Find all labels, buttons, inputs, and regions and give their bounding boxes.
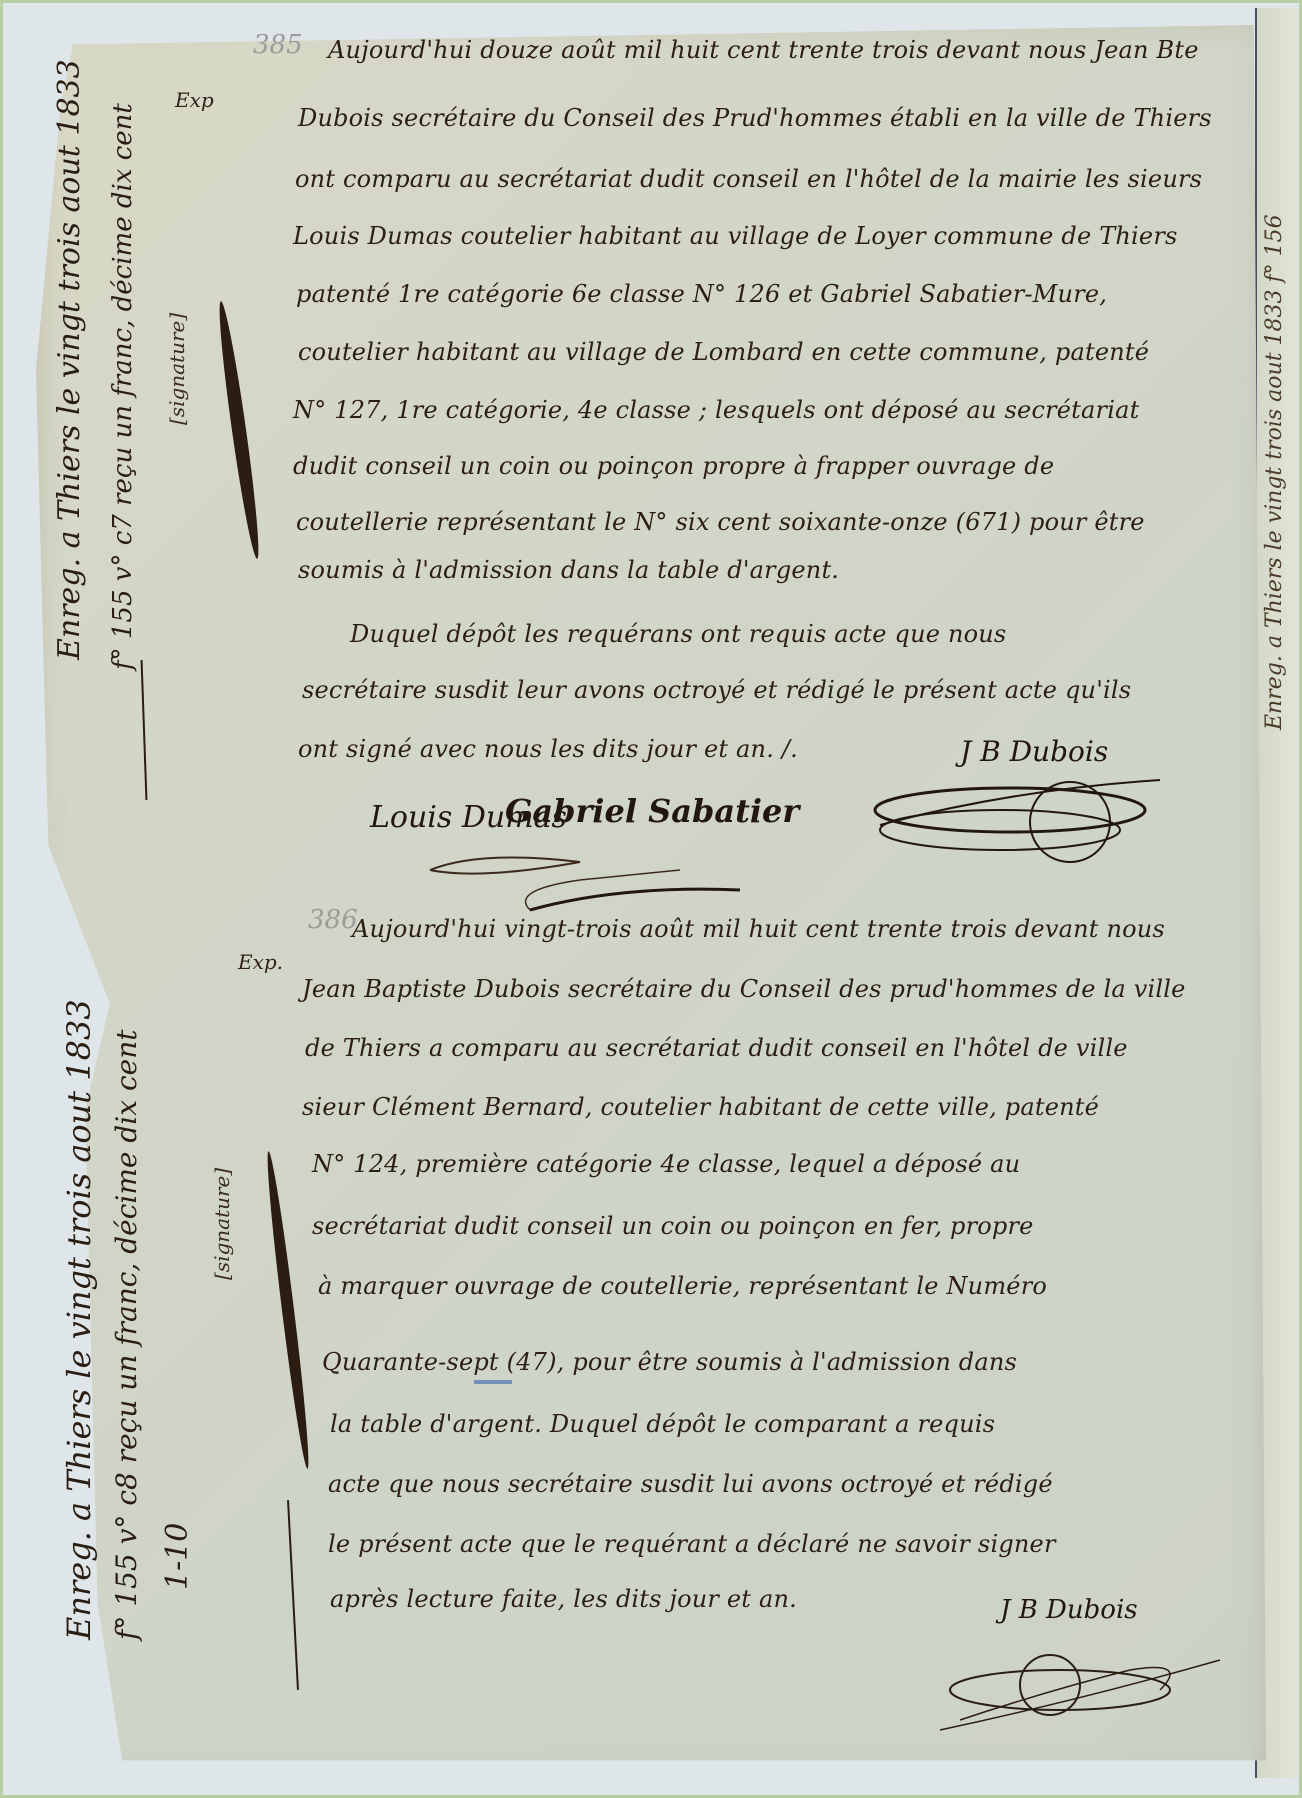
entry-number-386: 386 <box>308 905 358 935</box>
entry-386-line: à marquer ouvrage de coutellerie, représ… <box>318 1272 1047 1300</box>
entry-385-line: patenté 1re catégorie 6e classe N° 126 e… <box>296 280 1107 308</box>
signature-underline-flourish-icon <box>420 840 740 920</box>
entry-385-line: dudit conseil un coin ou poinçon propre … <box>293 452 1054 480</box>
entry-385-line: Dubois secrétaire du Conseil des Prud'ho… <box>298 104 1212 132</box>
margin-fee-amount: 1-10 <box>160 1470 195 1590</box>
entry-385-line: ont comparu au secrétariat dudit conseil… <box>295 165 1202 193</box>
entry-386-line: acte que nous secrétaire susdit lui avon… <box>328 1470 1053 1498</box>
paraph-flourish-icon <box>930 1640 1230 1750</box>
exp-mark-entry-385: Exp <box>175 88 214 112</box>
entry-385-line: coutelier habitant au village de Lombard… <box>298 338 1149 366</box>
entry-386-line: après lecture faite, les dits jour et an… <box>330 1585 797 1613</box>
entry-385-line: Louis Dumas coutelier habitant au villag… <box>293 222 1178 250</box>
entry-385-line: coutellerie représentant le N° six cent … <box>296 508 1145 536</box>
entry-386-line: N° 124, première catégorie 4e classe, le… <box>312 1150 1020 1178</box>
entry-385-line: Aujourd'hui douze août mil huit cent tre… <box>328 36 1199 64</box>
image-frame: Enreg. a Thiers le vingt trois aout 1833… <box>0 0 1302 1798</box>
margin-signature-entry-386: [signature] <box>210 1100 234 1280</box>
blue-underline-mark <box>474 1380 512 1384</box>
entry-385-line: soumis à l'admission dans la table d'arg… <box>298 556 839 584</box>
entry-385-line: Duquel dépôt les requérans ont requis ac… <box>350 620 1006 648</box>
adjacent-page-note: Enreg. a Thiers le vingt trois aout 1833… <box>1262 30 1292 730</box>
paraph-flourish-icon <box>860 770 1170 880</box>
entry-385-line: ont signé avec nous les dits jour et an.… <box>298 735 798 763</box>
exp-mark-entry-386: Exp. <box>238 950 283 974</box>
entry-386-line: Quarante-sept (47), pour être soumis à l… <box>322 1348 1017 1376</box>
entry-386-line: Jean Baptiste Dubois secrétaire du Conse… <box>302 975 1186 1003</box>
entry-385-line: secrétaire susdit leur avons octroyé et … <box>302 676 1131 704</box>
margin-note-entry-385-line-1: Enreg. a Thiers le vingt trois aout 1833 <box>52 20 87 660</box>
signature-jb-dubois: J B Dubois <box>960 735 1108 768</box>
signature-gabriel-sabatier: Gabriel Sabatier <box>505 792 799 830</box>
entry-386-line: sieur Clément Bernard, coutelier habitan… <box>302 1093 1099 1121</box>
entry-386-line: Aujourd'hui vingt-trois août mil huit ce… <box>352 915 1165 943</box>
margin-signature-entry-385: [signature] <box>165 245 189 425</box>
entry-385-line: N° 127, 1re catégorie, 4e classe ; lesqu… <box>293 396 1139 424</box>
entry-386-line: la table d'argent. Duquel dépôt le compa… <box>330 1410 995 1438</box>
margin-note-entry-386-line-1: Enreg. a Thiers le vingt trois aout 1833 <box>60 820 98 1640</box>
entry-386-line: le présent acte que le requérant a décla… <box>328 1530 1056 1558</box>
margin-note-entry-385-line-2: f° 155 v° c7 reçu un franc, décime dix c… <box>108 30 138 670</box>
entry-386-line: de Thiers a comparu au secrétariat dudit… <box>305 1034 1128 1062</box>
signature-jb-dubois: J B Dubois <box>1000 1595 1138 1625</box>
margin-note-entry-386-line-2: f° 155 v° c8 reçu un franc, décime dix c… <box>110 820 143 1640</box>
entry-386-line: secrétariat dudit conseil un coin ou poi… <box>312 1212 1034 1240</box>
entry-number-385: 385 <box>253 30 303 60</box>
